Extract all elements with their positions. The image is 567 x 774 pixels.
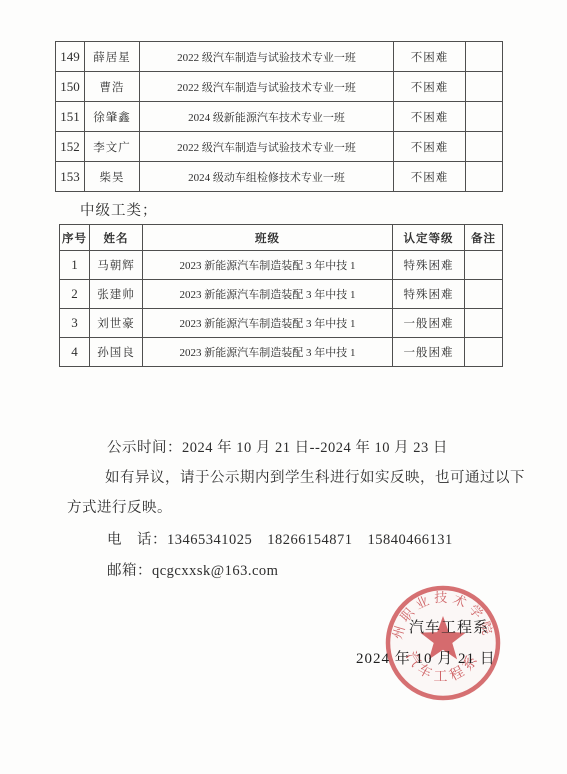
cell-class: 2024 级新能源汽车技术专业一班 bbox=[140, 102, 394, 132]
cell-level: 一般困难 bbox=[393, 338, 465, 367]
column-header: 备注 bbox=[465, 225, 503, 251]
cell-class: 2024 级动车组检修技术专业一班 bbox=[140, 162, 394, 192]
intermediate-worker-table: 序号姓名班级认定等级备注 1马朝辉2023 新能源汽车制造装配 3 年中技 1特… bbox=[59, 224, 503, 367]
objection-text-line1: 如有异议，请于公示期内到学生科进行如实反映，也可通过以下 bbox=[105, 466, 525, 487]
cell-name: 马朝辉 bbox=[90, 251, 143, 280]
table-row: 151徐肇鑫2024 级新能源汽车技术专业一班不困难 bbox=[56, 102, 503, 132]
phone-numbers-text: 电 话：13465341025 18266154871 15840466131 bbox=[107, 528, 453, 549]
table-row: 152李文广2022 级汽车制造与试验技术专业一班不困难 bbox=[56, 132, 503, 162]
cell-note bbox=[466, 42, 503, 72]
cell-level: 特殊困难 bbox=[393, 280, 465, 309]
cell-name: 孙国良 bbox=[90, 338, 143, 367]
cell-no: 3 bbox=[60, 309, 90, 338]
cell-name: 柴昊 bbox=[85, 162, 140, 192]
cell-name: 薛居星 bbox=[85, 42, 140, 72]
cell-class: 2023 新能源汽车制造装配 3 年中技 1 bbox=[143, 338, 393, 367]
table-row: 153柴昊2024 级动车组检修技术专业一班不困难 bbox=[56, 162, 503, 192]
email-address-text: 邮箱：qcgcxxsk@163.com bbox=[107, 559, 278, 580]
cell-name: 曹浩 bbox=[85, 72, 140, 102]
table-row: 1马朝辉2023 新能源汽车制造装配 3 年中技 1特殊困难 bbox=[60, 251, 503, 280]
cell-level: 不困难 bbox=[394, 102, 466, 132]
cell-note bbox=[466, 72, 503, 102]
cell-name: 李文广 bbox=[85, 132, 140, 162]
column-header: 班级 bbox=[143, 225, 393, 251]
objection-text-line2: 方式进行反映。 bbox=[67, 496, 172, 517]
cell-class: 2022 级汽车制造与试验技术专业一班 bbox=[140, 42, 394, 72]
cell-name: 刘世豪 bbox=[90, 309, 143, 338]
seal-stamp-icon: 州职业技术学院 汽车工程系 bbox=[363, 563, 523, 723]
cell-no: 151 bbox=[56, 102, 85, 132]
signature-date: 2024 年 10 月 21 日 bbox=[356, 647, 496, 668]
column-header: 认定等级 bbox=[393, 225, 465, 251]
column-header: 序号 bbox=[60, 225, 90, 251]
cell-no: 4 bbox=[60, 338, 90, 367]
cell-level: 特殊困难 bbox=[393, 251, 465, 280]
cell-note bbox=[466, 132, 503, 162]
column-header: 姓名 bbox=[90, 225, 143, 251]
cell-no: 153 bbox=[56, 162, 85, 192]
cell-no: 2 bbox=[60, 280, 90, 309]
cell-class: 2023 新能源汽车制造装配 3 年中技 1 bbox=[143, 251, 393, 280]
cell-note bbox=[465, 338, 503, 367]
table-row: 150曹浩2022 级汽车制造与试验技术专业一班不困难 bbox=[56, 72, 503, 102]
cell-name: 张建帅 bbox=[90, 280, 143, 309]
department-seal: 州职业技术学院 汽车工程系 bbox=[363, 563, 523, 723]
table-header-row: 序号姓名班级认定等级备注 bbox=[60, 225, 503, 251]
cell-note bbox=[466, 162, 503, 192]
cell-level: 不困难 bbox=[394, 72, 466, 102]
cell-class: 2023 新能源汽车制造装配 3 年中技 1 bbox=[143, 309, 393, 338]
cell-class: 2023 新能源汽车制造装配 3 年中技 1 bbox=[143, 280, 393, 309]
cell-no: 149 bbox=[56, 42, 85, 72]
cell-class: 2022 级汽车制造与试验技术专业一班 bbox=[140, 72, 394, 102]
table-row: 2张建帅2023 新能源汽车制造装配 3 年中技 1特殊困难 bbox=[60, 280, 503, 309]
cell-note bbox=[465, 309, 503, 338]
cell-note bbox=[465, 251, 503, 280]
cell-no: 152 bbox=[56, 132, 85, 162]
table-row: 3刘世豪2023 新能源汽车制造装配 3 年中技 1一般困难 bbox=[60, 309, 503, 338]
cell-name: 徐肇鑫 bbox=[85, 102, 140, 132]
upper-roster-table: 149薛居星2022 级汽车制造与试验技术专业一班不困难150曹浩2022 级汽… bbox=[55, 41, 503, 192]
cell-no: 150 bbox=[56, 72, 85, 102]
publicity-period-text: 公示时间：2024 年 10 月 21 日--2024 年 10 月 23 日 bbox=[107, 436, 448, 457]
section-heading: 中级工类； bbox=[80, 199, 158, 220]
cell-class: 2022 级汽车制造与试验技术专业一班 bbox=[140, 132, 394, 162]
cell-note bbox=[466, 102, 503, 132]
document-page: 149薛居星2022 级汽车制造与试验技术专业一班不困难150曹浩2022 级汽… bbox=[0, 0, 567, 774]
table-row: 4孙国良2023 新能源汽车制造装配 3 年中技 1一般困难 bbox=[60, 338, 503, 367]
cell-no: 1 bbox=[60, 251, 90, 280]
cell-level: 不困难 bbox=[394, 42, 466, 72]
cell-level: 一般困难 bbox=[393, 309, 465, 338]
cell-note bbox=[465, 280, 503, 309]
signature-department: 汽车工程系 bbox=[409, 616, 489, 637]
cell-level: 不困难 bbox=[394, 132, 466, 162]
table-row: 149薛居星2022 级汽车制造与试验技术专业一班不困难 bbox=[56, 42, 503, 72]
cell-level: 不困难 bbox=[394, 162, 466, 192]
